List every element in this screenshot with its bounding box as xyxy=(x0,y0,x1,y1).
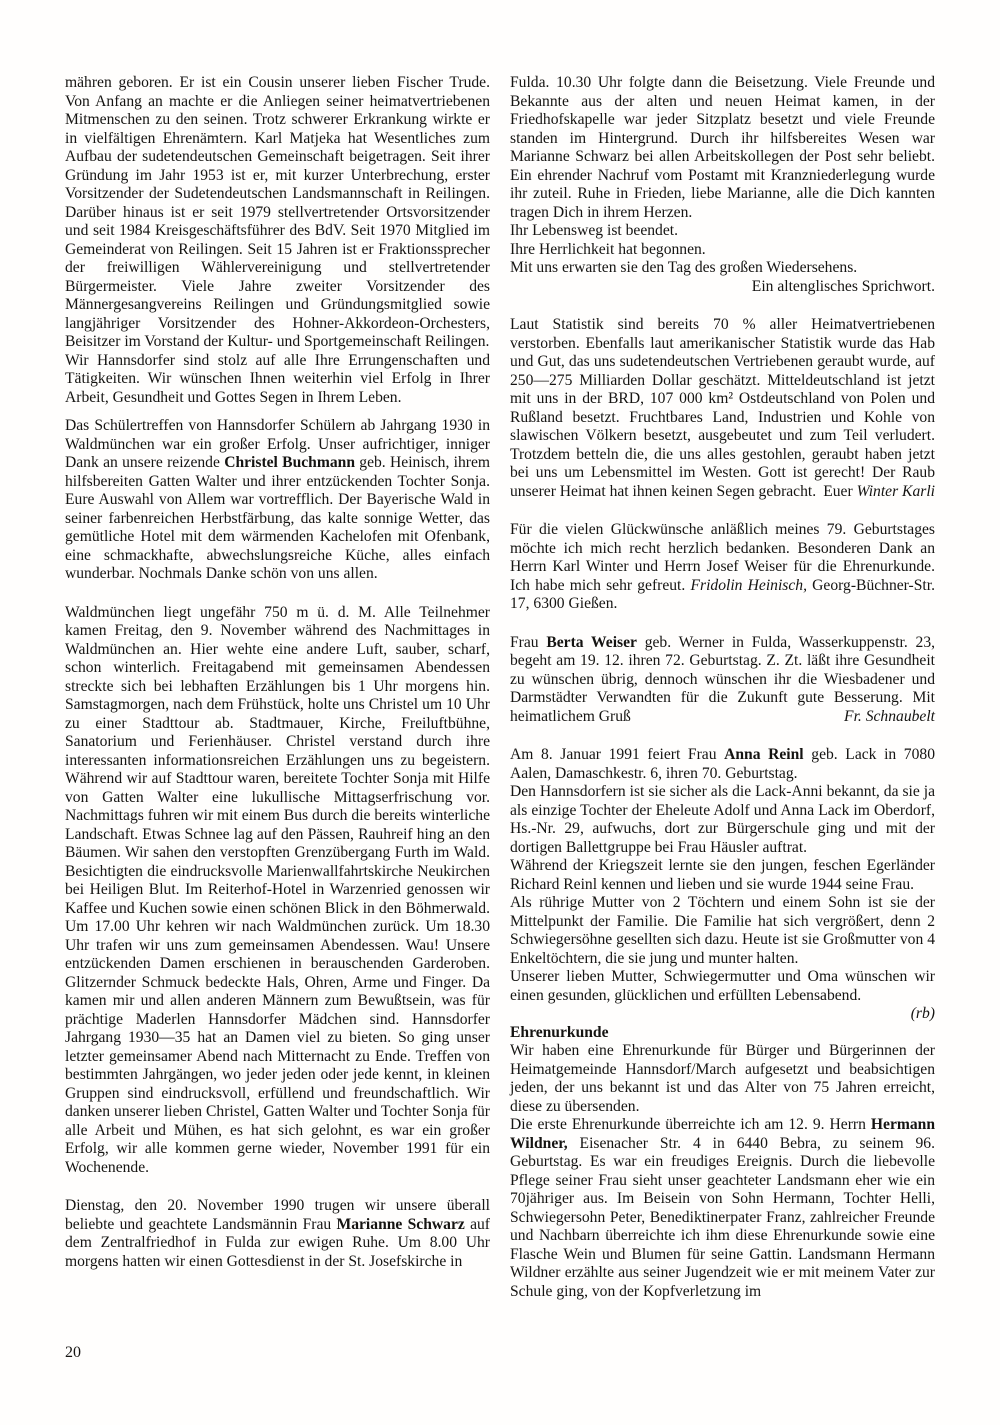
paragraph: Als rührige Mutter von 2 Töchtern und ei… xyxy=(510,894,935,968)
text-run: Mit uns erwarten sie den Tag des großen … xyxy=(510,259,857,276)
paragraph: Wir Hannsdorfer sind stolz auf alle Ihre… xyxy=(65,352,490,408)
text-run: Den Hannsdorfern ist sie sicher als die … xyxy=(510,783,935,856)
paragraph: Wir haben eine Ehrenurkunde für Bürger u… xyxy=(510,1042,935,1116)
page-number: 20 xyxy=(65,1344,81,1363)
column-right: Fulda. 10.30 Uhr folgte dann die Beisetz… xyxy=(510,74,935,1301)
paragraph: Waldmünchen liegt ungefähr 750 m ü. d. M… xyxy=(65,604,490,1178)
attribution-line: Ein altenglisches Sprichwort. xyxy=(510,278,935,297)
paragraph: mähren geboren. Er ist ein Cousin unsere… xyxy=(65,74,490,352)
text-run: Fr. Schnaubelt xyxy=(844,708,935,725)
text-run: Berta Weiser xyxy=(546,634,637,651)
paragraph: Ihr Lebensweg ist beendet. xyxy=(510,222,935,241)
signature: Fr. Schnaubelt xyxy=(844,708,935,727)
text-run: Marianne Schwarz xyxy=(337,1216,465,1233)
text-run: Ein altenglisches Sprichwort. xyxy=(752,278,935,295)
paragraph: Die erste Ehrenurkunde überreichte ich a… xyxy=(510,1116,935,1301)
text-columns: mähren geboren. Er ist ein Cousin unsere… xyxy=(65,74,935,1301)
text-run: Wir Hannsdorfer sind stolz auf alle Ihre… xyxy=(65,352,490,406)
text-run: Die erste Ehrenurkunde überreichte ich a… xyxy=(510,1116,871,1133)
text-run: Waldmünchen liegt ungefähr 750 m ü. d. M… xyxy=(65,604,490,1176)
paragraph: Das Schülertreffen von Hannsdorfer Schül… xyxy=(65,417,490,584)
section-heading: Ehrenurkunde xyxy=(510,1024,935,1043)
paragraph: Laut Statistik sind bereits 70 % aller H… xyxy=(510,316,935,501)
paragraph: Während der Kriegszeit lernte sie den ju… xyxy=(510,857,935,894)
document-page: mähren geboren. Er ist ein Cousin unsere… xyxy=(0,0,1000,1425)
paragraph: Den Hannsdorfern ist sie sicher als die … xyxy=(510,783,935,857)
paragraph: Unserer lieben Mutter, Schwiegermutter u… xyxy=(510,968,935,1005)
paragraph: Fulda. 10.30 Uhr folgte dann die Beisetz… xyxy=(510,74,935,222)
text-run: mähren geboren. Er ist ein Cousin unsere… xyxy=(65,74,490,350)
text-run: Frau xyxy=(510,634,546,651)
text-run: Während der Kriegszeit lernte sie den ju… xyxy=(510,857,935,893)
text-run: Als rührige Mutter von 2 Töchtern und ei… xyxy=(510,894,935,967)
paragraph: Frau Berta Weiser geb. Werner in Fulda, … xyxy=(510,634,935,727)
text-run: Ihre Herrlichkeit hat begonnen. xyxy=(510,241,706,258)
paragraph: Am 8. Januar 1991 feiert Frau Anna Reinl… xyxy=(510,746,935,783)
text-run: Wir haben eine Ehrenurkunde für Bürger u… xyxy=(510,1042,935,1115)
text-run: Fulda. 10.30 Uhr folgte dann die Beisetz… xyxy=(510,74,935,221)
text-run: geb. Heinisch, ihrem hilfsbereiten Gatte… xyxy=(65,454,490,582)
text-run: Ihr Lebensweg ist beendet. xyxy=(510,222,678,239)
text-run: Eisenacher Str. 4 in 6440 Bebra, zu sein… xyxy=(510,1135,935,1300)
text-run: Winter Karli xyxy=(857,483,935,500)
paragraph: Für die vielen Glückwünsche anläßlich me… xyxy=(510,521,935,614)
text-run: Ehrenurkunde xyxy=(510,1024,609,1041)
text-run: Fridolin Heinisch, xyxy=(690,577,807,594)
text-run: Christel Buchmann xyxy=(224,454,355,471)
text-run: (rb) xyxy=(911,1005,935,1022)
signature: Euer Winter Karli xyxy=(823,483,935,502)
initials-line: (rb) xyxy=(510,1005,935,1024)
text-run: Laut Statistik sind bereits 70 % aller H… xyxy=(510,316,935,500)
paragraph: Mit uns erwarten sie den Tag des großen … xyxy=(510,259,935,278)
paragraph: Ihre Herrlichkeit hat begonnen. xyxy=(510,241,935,260)
column-left: mähren geboren. Er ist ein Cousin unsere… xyxy=(65,74,490,1301)
paragraph: Dienstag, den 20. November 1990 trugen w… xyxy=(65,1197,490,1271)
text-run: Anna Reinl xyxy=(724,746,804,763)
text-run: Unserer lieben Mutter, Schwiegermutter u… xyxy=(510,968,935,1004)
text-run: Am 8. Januar 1991 feiert Frau xyxy=(510,746,724,763)
text-run: Euer xyxy=(823,483,856,500)
